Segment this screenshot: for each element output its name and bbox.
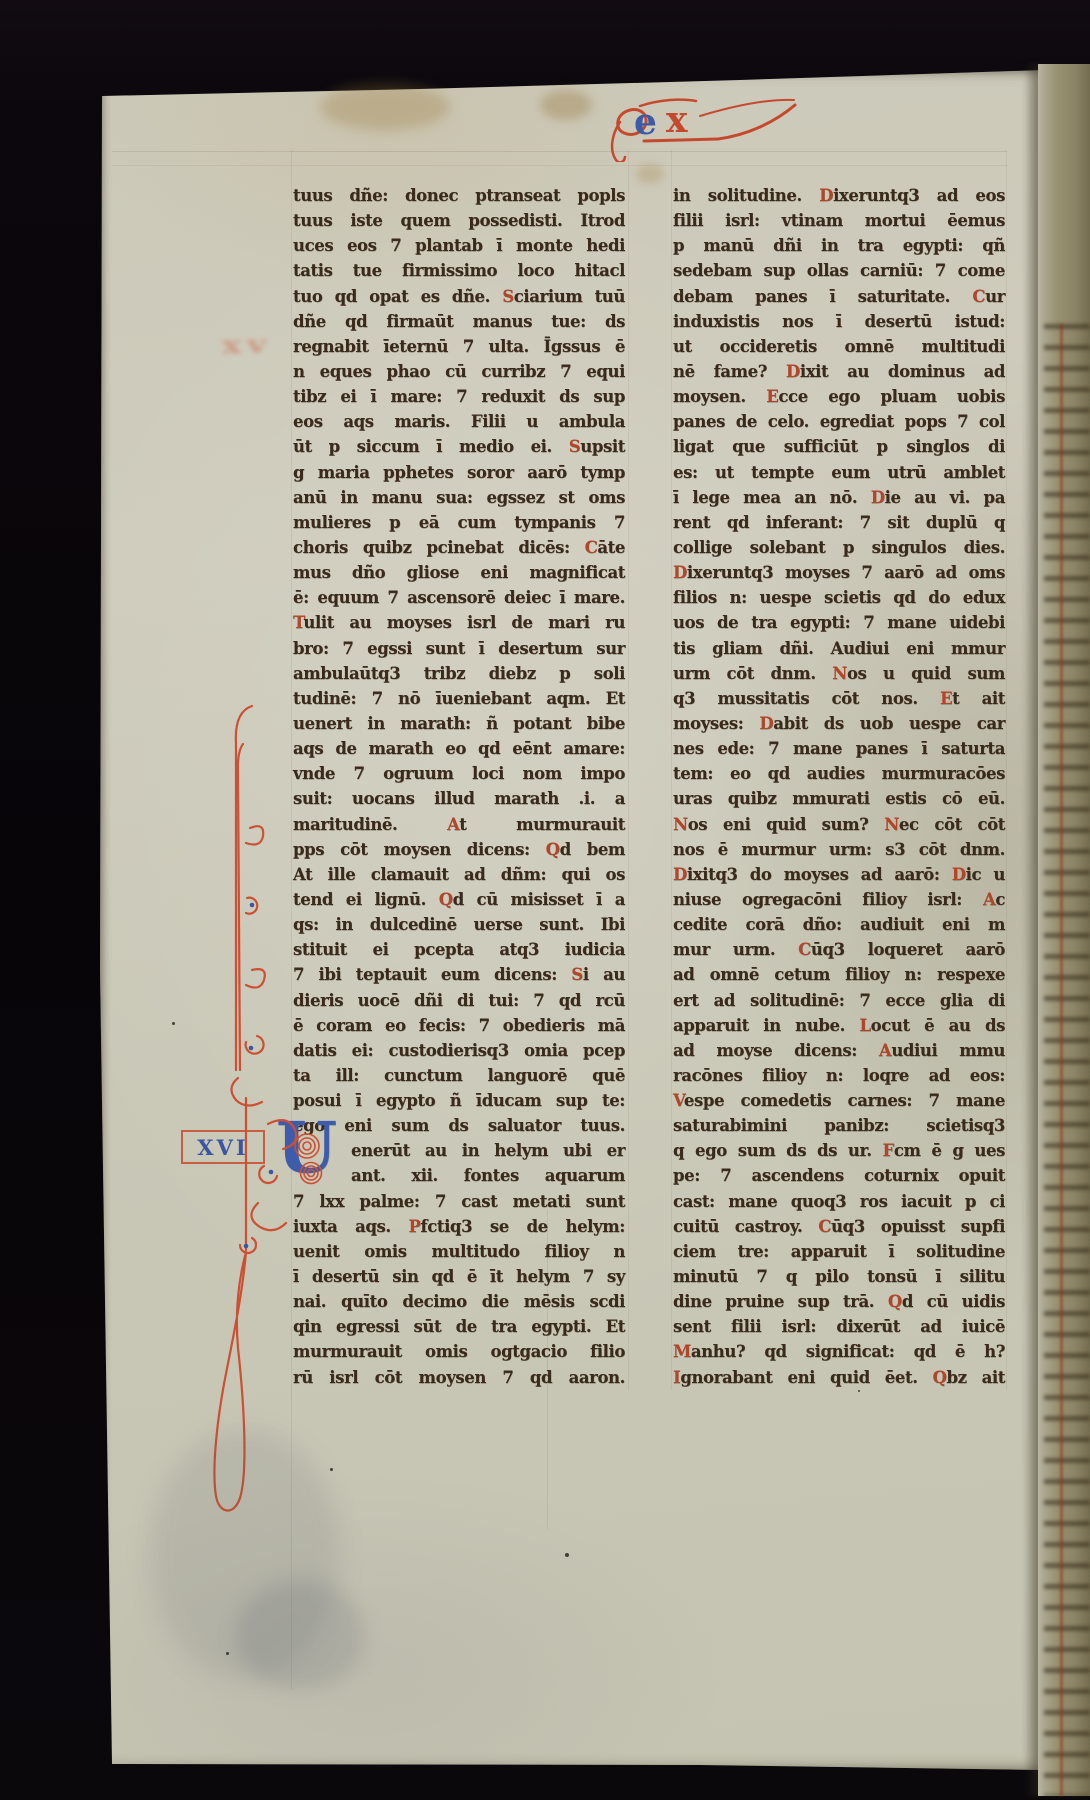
text-line: mulieres p eā cum tympanis 7 xyxy=(293,510,625,535)
text-line: choris quibz pcinebat dicēs: Cāte xyxy=(293,535,625,560)
text-line: ē coram eo fecis: 7 obedieris mā xyxy=(293,1013,625,1038)
text-line: dñe qd firmaūt manus tue: ds xyxy=(293,309,625,334)
text-line: tatis tue firmissimo loco hitacl xyxy=(293,258,625,283)
speck xyxy=(565,1553,569,1557)
text-line: regnabit īeternū 7 ulta. Īgssus ē xyxy=(293,334,625,359)
text-line: p manū dñi in tra egypti: qñ xyxy=(673,233,1005,258)
text-line: ī desertū sin qd ē īt helym 7 sy xyxy=(293,1264,625,1289)
text-line: qin egressi sūt de tra egypti. Et xyxy=(293,1314,625,1339)
text-line: tis gliam dñi. Audiui eni mmur xyxy=(673,636,1005,661)
running-header: e x xyxy=(596,92,806,162)
speck xyxy=(226,1652,229,1655)
ruling-line xyxy=(291,150,292,1690)
rubricated-letter: S xyxy=(502,287,514,306)
text-line: ant. xii. fontes aquarum xyxy=(351,1163,625,1188)
rubricated-letter: D xyxy=(673,563,687,582)
text-line: Nos eni quid sum? Nec cōt cōt xyxy=(673,812,1005,837)
text-line: qs: in dulcedinē uerse sunt. Ibi xyxy=(293,912,625,937)
text-line: induxistis nos ī desertū istud: xyxy=(673,309,1005,334)
text-line: datis ei: custodierisq3 omia pcep xyxy=(293,1038,625,1063)
text-line: tuus iste quem possedisti. Itrod xyxy=(293,208,625,233)
text-line: sedebam sup ollas carniū: 7 come xyxy=(673,258,1005,283)
text-line: tibz ei ī mare: 7 reduxit ds sup xyxy=(293,384,625,409)
text-line: nai. quīto decimo die mēsis scdi xyxy=(293,1289,625,1314)
text-line: enerūt au in helym ubi er xyxy=(351,1138,625,1163)
text-line: tem: eo qd audies murmuracōes xyxy=(673,761,1005,786)
text-line: panes de celo. egrediat pops 7 col xyxy=(673,409,1005,434)
text-line: moyses: Dabit ds uob uespe car xyxy=(673,711,1005,736)
text-line: uras quibz mmurati estis cō eū. xyxy=(673,786,1005,811)
rubricated-letter: S xyxy=(569,437,581,456)
text-line: iuxta aqs. Pfctiq3 se de helym: xyxy=(293,1214,625,1239)
text-line: mus dño gliose eni magnificat xyxy=(293,560,625,585)
text-line: niuse ogregacōni filioy isrl: Ac xyxy=(673,887,1005,912)
text-line: ī lege mea an nō. Die au vi. pa xyxy=(673,485,1005,510)
book-fore-edge xyxy=(1038,64,1090,1796)
rubricated-letter: E xyxy=(766,387,778,406)
chapter-number: XVI xyxy=(197,1137,248,1158)
rubricated-letter: A xyxy=(447,815,459,834)
rubricated-letter: D xyxy=(786,362,800,381)
speck xyxy=(858,1390,860,1392)
rubricated-letter: D xyxy=(759,714,773,733)
text-line: debam panes ī saturitate. Cur xyxy=(673,284,1005,309)
text-line: ūt p siccum ī medio ei. Supsit xyxy=(293,434,625,459)
text-line: At ille clamauit ad dñm: qui os xyxy=(293,862,625,887)
ruling-line xyxy=(112,165,1007,166)
text-line: uos de tra egypti: 7 mane uidebi xyxy=(673,610,1005,635)
text-line: Vespe comedetis carnes: 7 mane xyxy=(673,1088,1005,1113)
text-line: nes ede: 7 mane panes ī saturta xyxy=(673,736,1005,761)
text-line: pe: 7 ascendens coturnix opuit xyxy=(673,1163,1005,1188)
rubricated-letter: C xyxy=(818,1217,831,1236)
text-line: tend ei lignū. Qd cū misisset ī a xyxy=(293,887,625,912)
text-line: pps cōt moysen dicens: Qd bem xyxy=(293,837,625,862)
text-line: Tulit au moyses isrl de mari ru xyxy=(293,610,625,635)
text-line: ciem tre: apparuit ī solitudine xyxy=(673,1239,1005,1264)
text-line: cast: mane quoq3 ros iacuit p ci xyxy=(673,1189,1005,1214)
text-line: Ignorabant eni quid ēet. Qbz ait xyxy=(673,1365,1005,1390)
text-line: ta ill: cunctum languorē quē xyxy=(293,1063,625,1088)
text-column-left: tuus dñe: donec ptranseat poplstuus iste… xyxy=(293,183,625,1390)
text-column-right: in solitudine. Dixeruntq3 ad eosfilii is… xyxy=(673,183,1005,1390)
rubricated-letter: S xyxy=(571,965,583,984)
rubricated-letter: A xyxy=(983,890,995,909)
header-letter-e: e xyxy=(634,104,657,140)
text-line: n eques phao cū curribz 7 equi xyxy=(293,359,625,384)
illuminated-initial: U xyxy=(276,1116,337,1180)
rubricated-letter: D xyxy=(952,865,966,884)
rubricated-letter: V xyxy=(673,1091,684,1110)
text-line: bro: 7 egssi sunt ī desertum sur xyxy=(293,636,625,661)
text-line: apparuit in nube. Locut ē au ds xyxy=(673,1013,1005,1038)
text-line: maritudinē. At murmurauit xyxy=(293,812,625,837)
rubricated-letter: Q xyxy=(439,890,453,909)
text-line: posui ī egypto ñ īducam sup te: xyxy=(293,1088,625,1113)
rubricated-letter: C xyxy=(972,287,985,306)
header-pen-flourish-icon xyxy=(596,92,806,162)
rubricated-letter: D xyxy=(819,186,833,205)
text-line: murmurauit omis ogtgacio filio xyxy=(293,1339,625,1364)
text-line: tuus dñe: donec ptranseat popls xyxy=(293,183,625,208)
text-line: cedite corā dño: audiuit eni m xyxy=(673,912,1005,937)
rubricated-letter: Q xyxy=(888,1292,902,1311)
fore-edge-red-ruling xyxy=(1060,324,1063,1796)
ruling-line xyxy=(628,150,629,1390)
rubricated-letter: E xyxy=(940,689,952,708)
text-line: Dixeruntq3 moyses 7 aarō ad oms xyxy=(673,560,1005,585)
text-line: q ego sum ds ds ur. Fcm ē g ues xyxy=(673,1138,1005,1163)
text-line: sent filii isrl: dixerūt ad iuicē xyxy=(673,1314,1005,1339)
fore-edge-text-blur xyxy=(1044,324,1090,1796)
text-line: Dixitq3 do moyses ad aarō: Dic u xyxy=(673,862,1005,887)
text-line: tudinē: 7 nō īueniebant aqm. Et xyxy=(293,686,625,711)
text-line: dine pruine sup trā. Qd cū uidis xyxy=(673,1289,1005,1314)
rubricated-letter: L xyxy=(859,1016,870,1035)
rubricated-letter: N xyxy=(832,664,847,683)
ruling-line xyxy=(1006,150,1007,1390)
text-line: stituit ei pcepta atq3 iudicia xyxy=(293,937,625,962)
rubricated-letter: Q xyxy=(546,840,560,859)
rubricated-letter: D xyxy=(673,865,687,884)
text-line: ligat que sufficiūt p singlos di xyxy=(673,434,1005,459)
text-line: ambulaūtq3 tribz diebz p soli xyxy=(293,661,625,686)
text-line: tuo qd opat es dñe. Sciarium tuū xyxy=(293,284,625,309)
rubricated-letter: F xyxy=(883,1141,894,1160)
text-line: eos aqs maris. Filii u ambula xyxy=(293,409,625,434)
rubricated-letter: T xyxy=(293,613,303,632)
text-line: 7 lxx palme: 7 cast metati sunt xyxy=(293,1189,625,1214)
text-line: uenert in marath: ñ potant bibe xyxy=(293,711,625,736)
rubricated-letter: P xyxy=(408,1217,420,1236)
text-line: collige solebant p singulos dies. xyxy=(673,535,1005,560)
text-line: Manhu? qd significat: qd ē h? xyxy=(673,1339,1005,1364)
text-line: filios n: uespe scietis qd do edux xyxy=(673,585,1005,610)
rubricated-letter: N xyxy=(884,815,899,834)
text-line: ert ad solitudinē: 7 ecce glia di xyxy=(673,988,1005,1013)
header-letter-x: x xyxy=(666,102,687,138)
text-line: 7 ibi teptauit eum dicens: Si au xyxy=(293,962,625,987)
text-line: cuitū castroy. Cūq3 opuisst supfi xyxy=(673,1214,1005,1239)
text-line: vnde 7 ogruum loci nom impo xyxy=(293,761,625,786)
text-line: ad moyse dicens: Audiui mmu xyxy=(673,1038,1005,1063)
text-line: ē: equum 7 ascensorē deiec ī mare. xyxy=(293,585,625,610)
text-line: rent qd inferant: 7 sit duplū q xyxy=(673,510,1005,535)
text-line: q3 mussitatis cōt nos. Et ait xyxy=(673,686,1005,711)
speck xyxy=(172,1022,175,1025)
rubricated-letter: C xyxy=(585,538,598,557)
text-line: nē fame? Dixit au dominus ad xyxy=(673,359,1005,384)
rubricated-letter: Q xyxy=(933,1368,947,1387)
text-line: ut occideretis omnē multitudi xyxy=(673,334,1005,359)
text-line: ad omnē cetum filioy n: respexe xyxy=(673,962,1005,987)
text-line: racōnes filioy n: loqre ad eos: xyxy=(673,1063,1005,1088)
speck xyxy=(330,1468,333,1471)
text-line: rū isrl cōt moysen 7 qd aaron. xyxy=(293,1365,625,1390)
rubricated-letter: N xyxy=(673,815,688,834)
text-line: es: ut tempte eum utrū amblet xyxy=(673,460,1005,485)
text-line: urm cōt dnm. Nos u quid sum xyxy=(673,661,1005,686)
text-line: moysen. Ecce ego pluam uobis xyxy=(673,384,1005,409)
chapter-number-frame: XVI xyxy=(181,1130,265,1164)
text-line: anū in manu sua: egssez st oms xyxy=(293,485,625,510)
text-line: uces eos 7 plantab ī monte hedi xyxy=(293,233,625,258)
text-line: dieris uocē dñi di tui: 7 qd rcū xyxy=(293,988,625,1013)
rubricated-letter: A xyxy=(879,1041,891,1060)
ruling-line xyxy=(671,150,672,1390)
text-line: saturabimini panibz: scietisq3 xyxy=(673,1113,1005,1138)
ruling-line xyxy=(112,151,1007,152)
text-line: mur urm. Cūq3 loqueret aarō xyxy=(673,937,1005,962)
rubricated-letter: M xyxy=(673,1342,691,1361)
text-line: nos ē murmur urm: s3 cōt dnm. xyxy=(673,837,1005,862)
text-line: in solitudine. Dixeruntq3 ad eos xyxy=(673,183,1005,208)
text-line: suit: uocans illud marath .i. a xyxy=(293,786,625,811)
manuscript-photo: e x xv tuus dñe: donec ptranseat poplstu… xyxy=(0,0,1090,1800)
rubricated-letter: D xyxy=(871,488,885,507)
text-line: aqs de marath eo qd eēnt amare: xyxy=(293,736,625,761)
text-line: minutū 7 q pilo tonsū ī silitu xyxy=(673,1264,1005,1289)
text-line: filii isrl: vtinam mortui ēemus xyxy=(673,208,1005,233)
text-line: ego eni sum ds saluator tuus. xyxy=(293,1113,625,1138)
text-line: g maria pphetes soror aarō tymp xyxy=(293,460,625,485)
rubricated-letter: C xyxy=(798,940,811,959)
rubricated-letter: I xyxy=(673,1368,680,1387)
offset-chapter-ghost: xv xyxy=(221,329,273,360)
text-line: uenit omis multitudo filioy n xyxy=(293,1239,625,1264)
